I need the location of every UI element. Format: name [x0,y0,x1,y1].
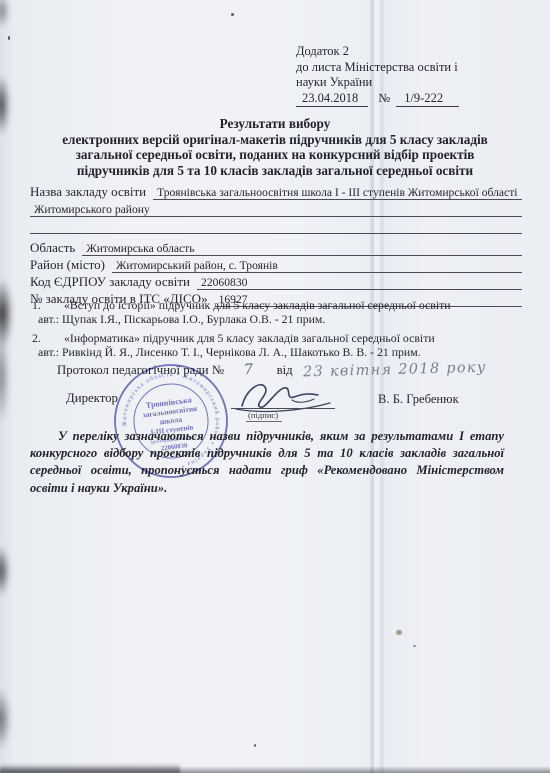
letter-date: 23.04.2018 [296,91,368,108]
field-blank-line [30,217,522,234]
field-edrpou-value: 22060830 [197,276,522,290]
list-item-title: «Інформатика» підручник для 5 класу закл… [64,331,435,345]
title-line-1: Результати вибору [0,116,550,132]
scan-speck [231,13,234,16]
director-name: В. Б. Гребенюк [378,392,459,407]
field-school-name-continued: Житомирського району [30,200,522,217]
appendix-header: Додаток 2 до листа Міністерства освіти і… [296,44,459,107]
letter-reference-line: до листа Міністерства освіти і [296,60,459,76]
field-region-label: Область [30,240,82,256]
field-edrpou: Код ЄДРПОУ закладу освіти 22060830 [30,273,522,290]
school-info-fields: Назва закладу освіти Троянівська загальн… [30,183,522,307]
field-school-name: Назва закладу освіти Троянівська загальн… [30,183,522,200]
letter-number: 1/9-222 [396,91,459,108]
document-title: Результати вибору електронних версій ори… [0,116,550,178]
scan-smudge [0,688,11,750]
list-item-number: 2. [30,332,64,346]
title-line-4: підручників для 5 та 10 класів закладів … [0,163,550,179]
field-district-label: Район (місто) [30,257,112,273]
list-item-number: 1. [30,299,64,313]
protocol-label: Протокол педагогічної ради № [57,363,224,377]
field-school-name-value: Троянівська загальноосвітня школа І - ІІ… [153,186,522,200]
textbook-list: 1.«Вступ до історії» підручник для 5 кла… [30,299,522,364]
scan-speck [254,744,256,747]
scanned-document-page: Додаток 2 до листа Міністерства освіти і… [0,0,550,773]
list-item-authors: авт.: Ривкінд Й. Я., Лисенко Т. І., Черн… [30,346,522,360]
protocol-from-label: від [277,363,293,377]
signature-line [231,408,335,409]
field-edrpou-label: Код ЄДРПОУ закладу освіти [30,274,197,290]
field-region-value: Житомирська область [82,242,522,256]
number-sign: № [378,91,390,105]
scan-smudge [0,278,13,350]
stamp-text-line3: школа [159,415,183,427]
scan-smudge [0,330,9,425]
title-line-2: електронних версій оригінал-макетів підр… [0,132,550,148]
field-school-name-label: Назва закладу освіти [30,184,153,200]
list-item: 1.«Вступ до історії» підручник для 5 кла… [30,299,522,327]
letter-reference-line2: науки України [296,75,459,91]
list-item: 2.«Інформатика» підручник для 5 класу за… [30,332,522,360]
scan-smudge [0,545,10,597]
stamp-text-line2: загальноосвітня [142,404,197,420]
letter-date-number-line: 23.04.2018№1/9-222 [296,91,459,108]
stamp-text-line1: Троянівська [145,395,192,410]
list-item-title-line: 2.«Інформатика» підручник для 5 класу за… [30,332,522,346]
scan-speck [8,36,10,40]
field-district: Район (місто) Житомирський район, с. Тро… [30,256,522,273]
director-label: Директор [66,391,118,406]
appendix-label: Додаток 2 [296,44,459,60]
list-item-authors: авт.: Щупак І.Я., Піскарьова І.О., Бурла… [30,313,522,327]
field-region: Область Житомирська область [30,239,522,256]
scan-bottom-left-shadow [0,763,180,773]
field-district-value: Житомирський район, с. Троянів [112,259,522,273]
title-line-3: загальної середньої освіти, поданих на к… [0,147,550,163]
scan-smudge [0,0,9,28]
scan-speck [396,630,402,635]
signature-caption: (підпис) [246,410,282,422]
footnote-paragraph: У переліку зазначаються назви підручникі… [30,428,504,497]
list-item-title: «Вступ до історії» підручник для 5 класу… [64,298,451,312]
list-item-title-line: 1.«Вступ до історії» підручник для 5 кла… [30,299,522,313]
scan-speck [413,645,416,647]
